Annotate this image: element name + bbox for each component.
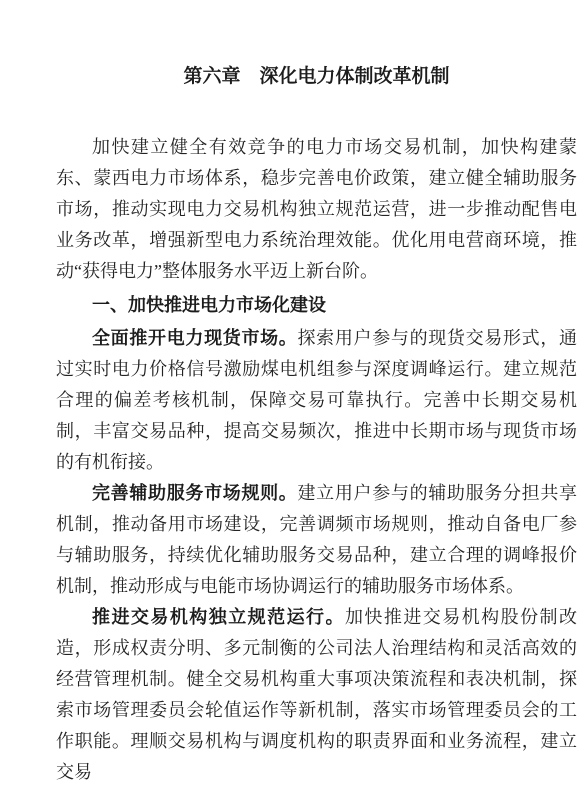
- document-body: 加快建立健全有效竞争的电力市场交易机制，加快构建蒙东、蒙西电力市场体系，稳步完善…: [56, 132, 577, 788]
- paragraph-trading-institution: 推进交易机构独立规范运行。加快推进交易机构股份制改造，形成权责分明、多元制衡的公…: [56, 602, 577, 788]
- chapter-title: 第六章 深化电力体制改革机制: [56, 64, 577, 90]
- paragraph-ancillary-services: 完善辅助服务市场规则。建立用户参与的辅助服务分担共享机制，推动备用市场建设，完善…: [56, 478, 577, 602]
- paragraph-text: 加快推进交易机构股份制改造，形成权责分明、多元制衡的公司法人治理结构和灵活高效的…: [56, 607, 577, 782]
- paragraph-spot-market: 全面推开电力现货市场。探索用户参与的现货交易形式，通过实时电力价格信号激励煤电机…: [56, 323, 577, 478]
- paragraph-lead: 推进交易机构独立规范运行。: [92, 607, 345, 627]
- intro-paragraph: 加快建立健全有效竞争的电力市场交易机制，加快构建蒙东、蒙西电力市场体系，稳步完善…: [56, 132, 577, 287]
- document-page: 第六章 深化电力体制改革机制 加快建立健全有效竞争的电力市场交易机制，加快构建蒙…: [0, 0, 582, 801]
- section-heading: 一、加快推进电力市场化建设: [56, 290, 577, 321]
- paragraph-text: 探索用户参与的现货交易形式，通过实时电力价格信号激励煤电机组参与深度调峰运行。建…: [56, 328, 577, 472]
- paragraph-lead: 全面推开电力现货市场。: [92, 328, 297, 348]
- paragraph-lead: 完善辅助服务市场规则。: [92, 483, 297, 503]
